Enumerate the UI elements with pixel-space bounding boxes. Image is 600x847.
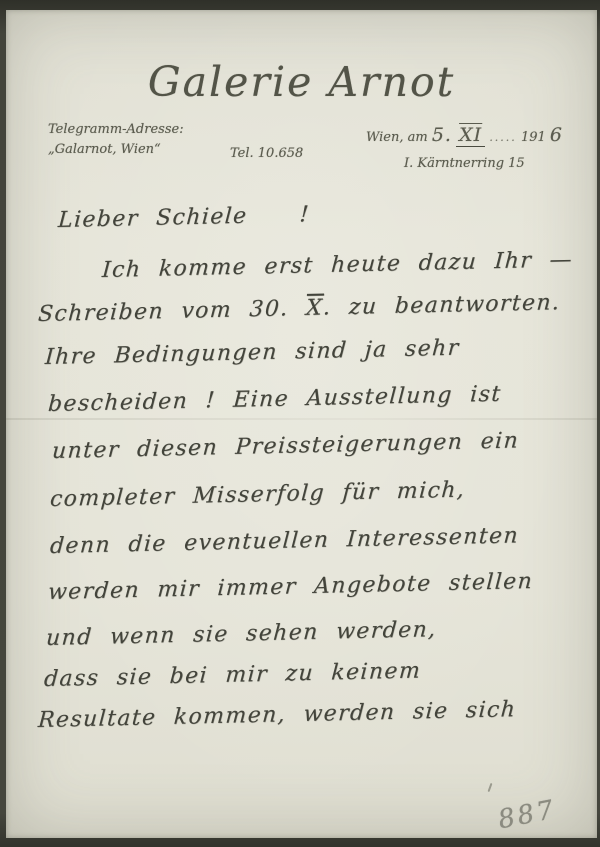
handwritten-line: Schreiben vom 30. X. zu beantworten. [37, 290, 561, 327]
handwritten-salutation: Lieber Schiele! [57, 202, 310, 233]
line-date-pre: Schreiben vom 30. [37, 296, 289, 327]
handwritten-line: unter diesen Preissteigerungen ein [51, 428, 520, 464]
handwritten-line: Ich komme erst heute dazu Ihr — [101, 247, 574, 283]
street-address: I. Kärntnerring 15 [404, 156, 525, 171]
telegram-label: Telegramm-Adresse: [48, 120, 184, 140]
catalog-number: 887 [496, 795, 559, 836]
date-day-handwritten: 5. [432, 124, 452, 146]
salutation-exclamation: ! [299, 202, 311, 227]
handwritten-line: denn die eventuellen Interessenten [49, 523, 520, 559]
handwritten-line: bescheiden ! Eine Ausstellung ist [47, 382, 502, 417]
salutation-text: Lieber Schiele [57, 204, 248, 233]
telegram-address-block: Telegramm-Adresse: „Galarnot, Wien“ [48, 120, 184, 160]
date-city-printed: Wien, am [366, 130, 428, 145]
letterhead-gallery-name: Galerie Arnot [6, 58, 597, 106]
handwritten-line: und wenn sie sehen werden, [45, 617, 437, 651]
line-date-post: . zu beantworten. [322, 290, 561, 320]
date-line: Wien, am 5. XI ..... 191 6 [366, 124, 563, 146]
telegram-address: „Galarnot, Wien“ [48, 140, 184, 160]
date-year-handwritten: 6 [550, 124, 563, 146]
handwritten-line: dass sie bei mir zu keinem [43, 658, 422, 692]
handwritten-line: Ihre Bedingungen sind ja sehr [44, 336, 460, 370]
date-dotted-rule: ..... [489, 131, 516, 144]
paper-crease [6, 418, 597, 420]
handwritten-line: werden mir immer Angebote stellen [47, 569, 534, 605]
letter-paper: Galerie Arnot Telegramm-Adresse: „Galarn… [6, 10, 597, 838]
scanned-letter-background: Galerie Arnot Telegramm-Adresse: „Galarn… [0, 0, 600, 847]
date-year-printed: 191 [521, 130, 546, 145]
date-month-roman-numeral: XI [456, 124, 485, 147]
handwritten-line: Resultate kommen, werden sie sich [37, 697, 517, 733]
pencil-tick-mark [488, 783, 493, 792]
handwritten-line: completer Misserfolg für mich, [49, 478, 466, 512]
phone-number: Tel. 10.658 [230, 146, 303, 161]
line-date-roman-numeral: X [305, 296, 324, 321]
